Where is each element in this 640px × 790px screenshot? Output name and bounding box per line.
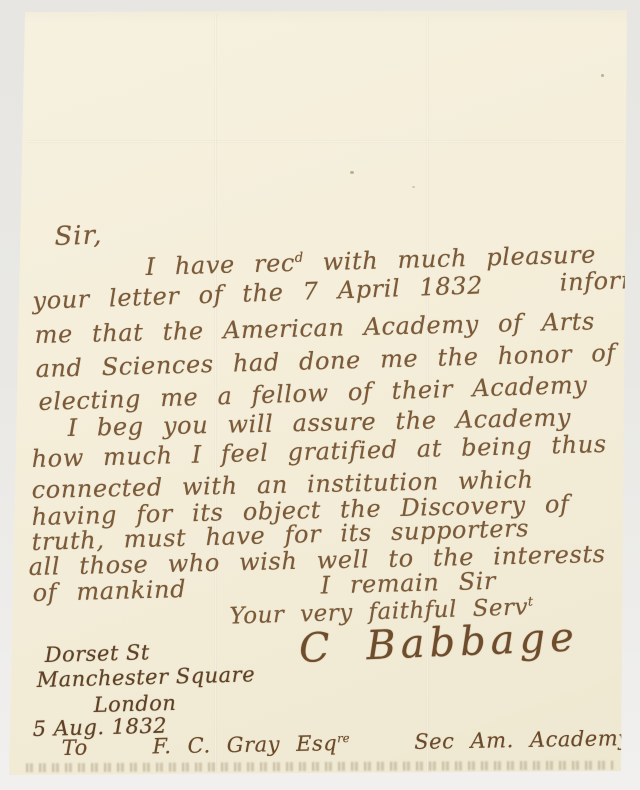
fold-crease-horizontal [28, 140, 624, 143]
ink-showthrough-band [24, 761, 614, 773]
photo-background: Sir, I have recd with much pleasure your… [0, 0, 640, 790]
paper-speck [412, 186, 415, 188]
address-line: Manchester Square [36, 662, 255, 692]
paper-speck [601, 74, 604, 77]
paper-speck [350, 171, 354, 174]
salutation: Sir, [54, 220, 103, 252]
letter-paper: Sir, I have recd with much pleasure your… [0, 0, 640, 790]
address-line: Dorset St [44, 640, 150, 667]
